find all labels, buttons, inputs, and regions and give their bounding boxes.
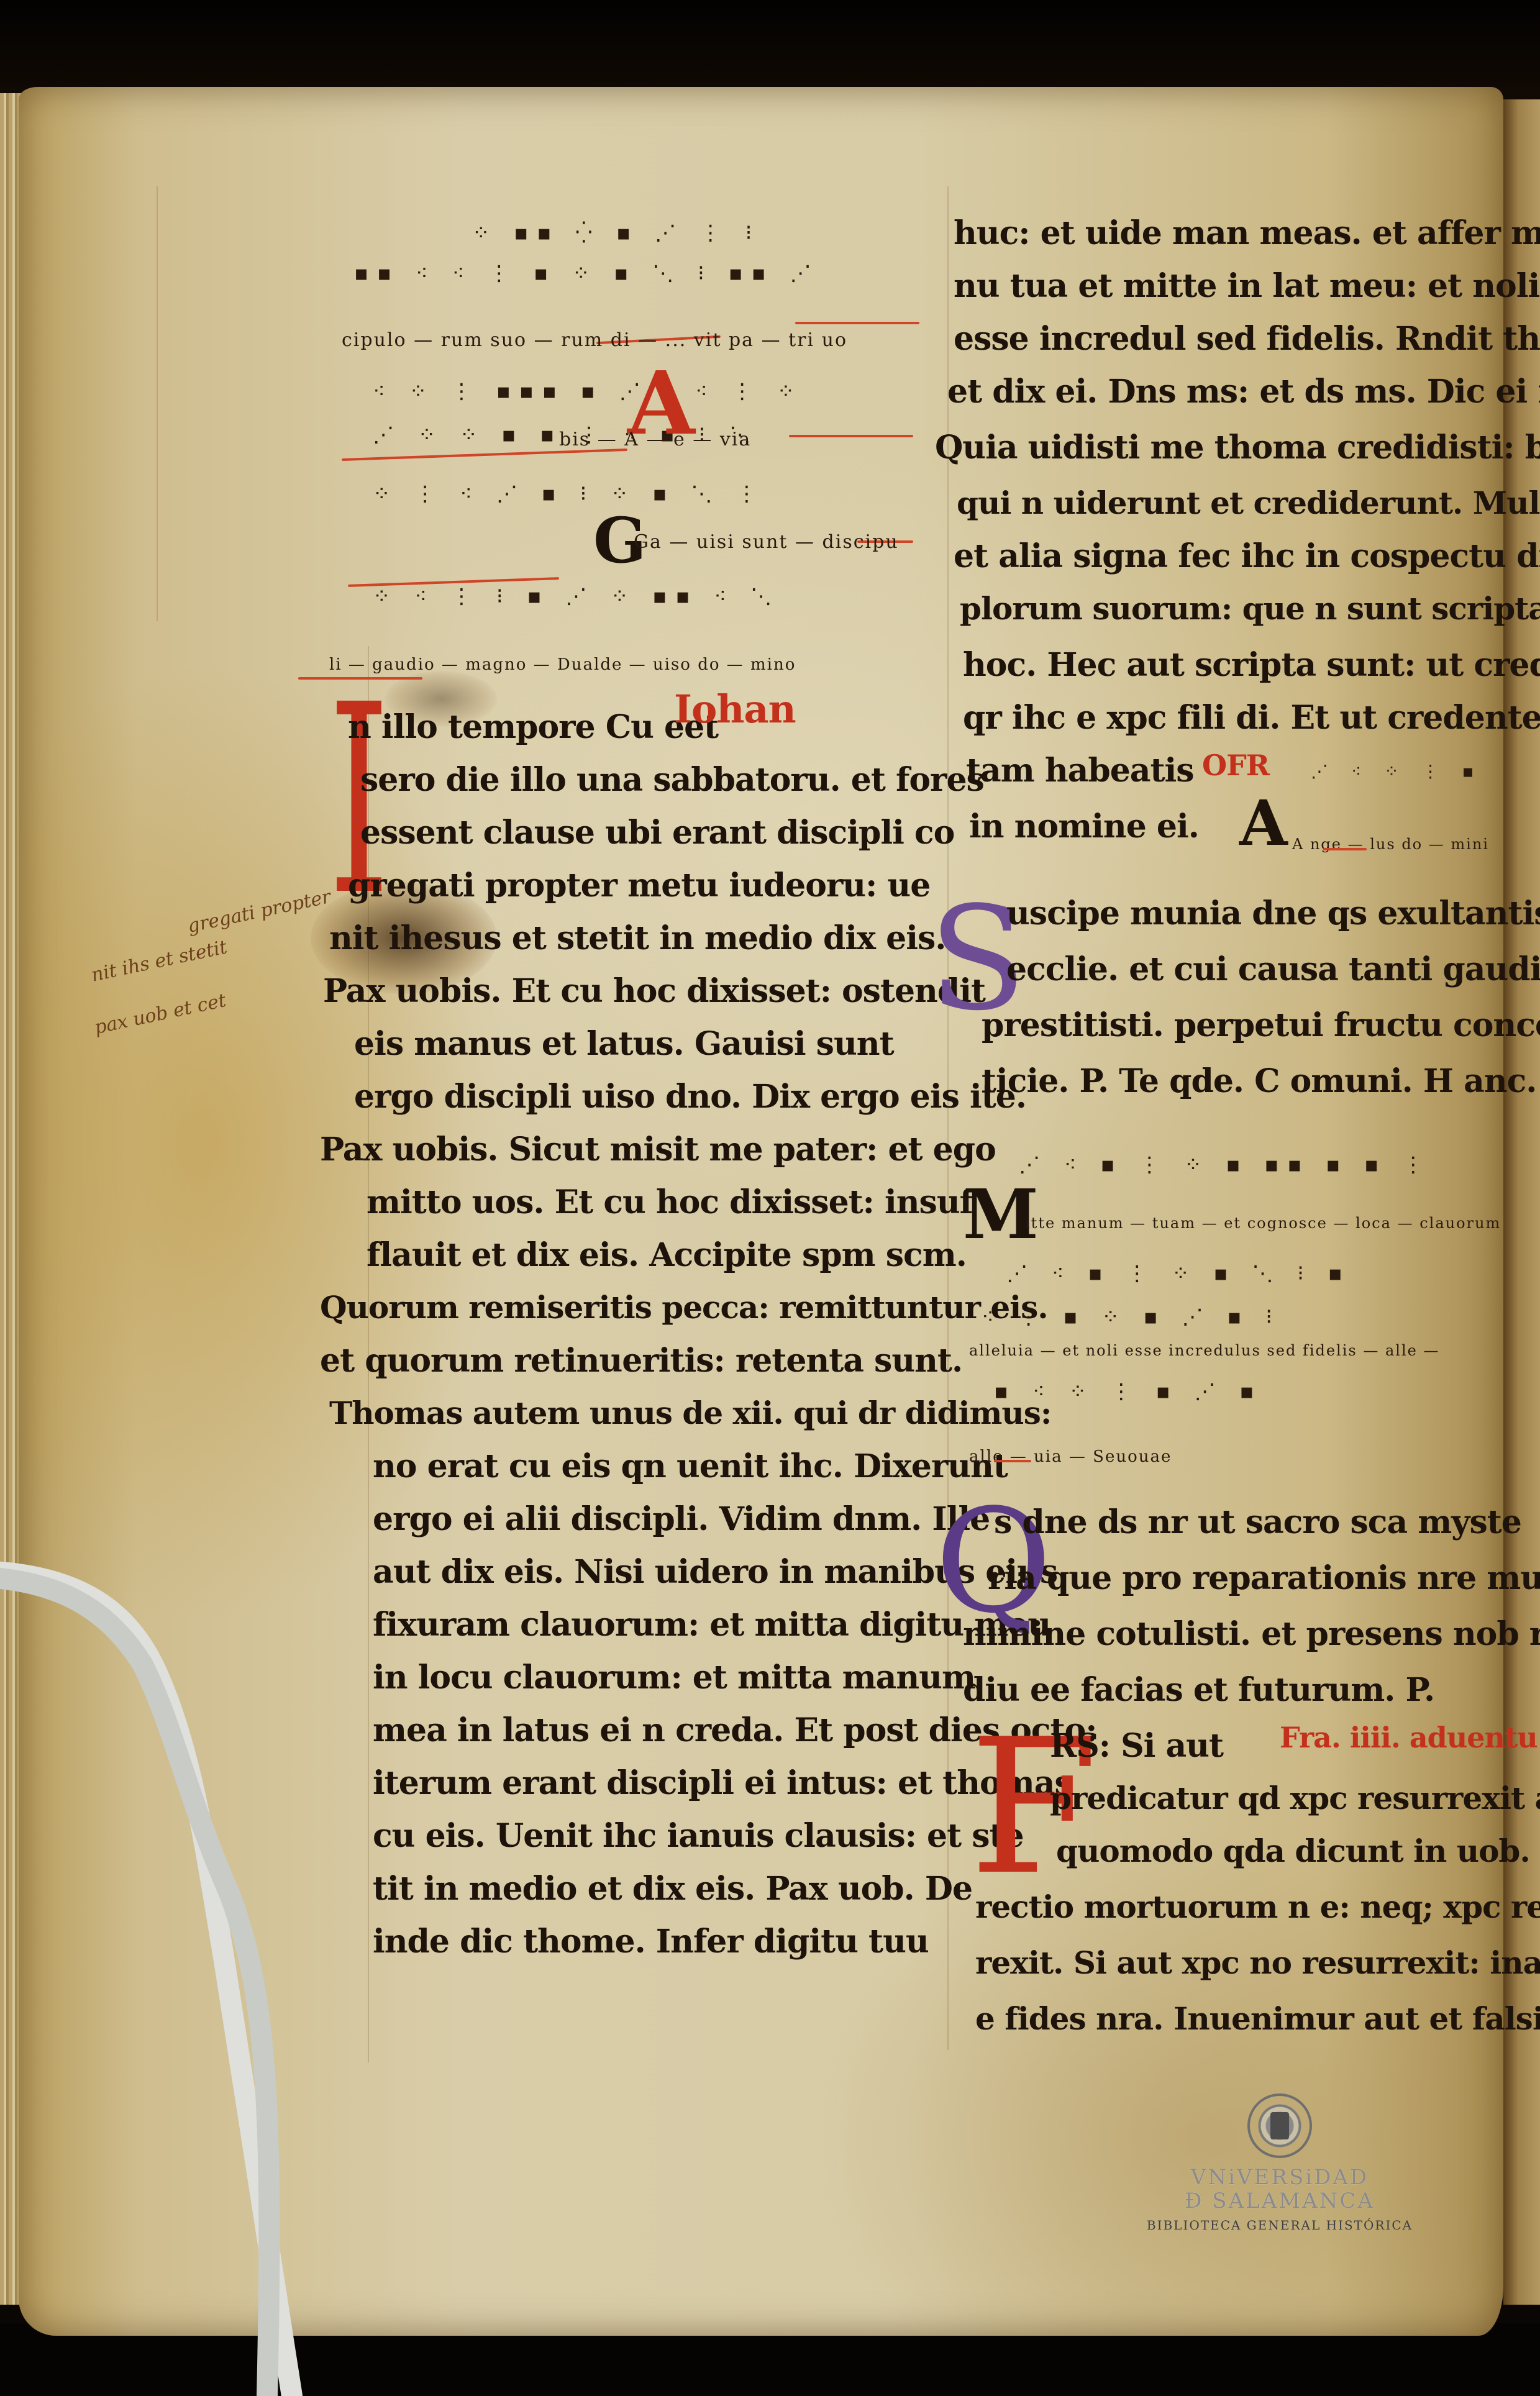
text-line: nit ihesus et stetit in medio dix eis. bbox=[329, 919, 945, 957]
text-line: flauit et dix eis. Accipite spm scm. bbox=[367, 1236, 967, 1274]
neumes: ⁖ ⁘ ⋮ ▪▪▪ ▪ ⋰ ⁝ ⁖ ⋮ ⁘ bbox=[373, 379, 803, 404]
neumes: ⁘ ⋮ ⁖ ⋰ ▪ ⁝ ⁘ ▪ ⋱ ⋮ bbox=[373, 481, 766, 506]
neumes: ▪ ⁖ ⁘ ⋮ ▪ ⋰ ▪ bbox=[994, 1379, 1262, 1404]
text-line: nu tua et mitte in lat meu: et noli bbox=[954, 267, 1539, 305]
text-line: ergo discipli uiso dno. Dix ergo eis ite… bbox=[354, 1078, 1026, 1116]
text-line-content: n illo tempore Cu eet bbox=[348, 708, 718, 746]
red-staff-line bbox=[789, 435, 913, 437]
text-line: quomodo qda dicunt in uob. qd resur bbox=[1056, 1833, 1540, 1869]
text-line: Pax uobis. Sicut misit me pater: et ego bbox=[320, 1131, 996, 1168]
text-line: ecclie. et cui causa tanti gaudii bbox=[1006, 950, 1540, 988]
initial-A: A bbox=[1239, 792, 1288, 854]
text-line: ticie. P. Te qde. C omuni. H anc. bbox=[982, 1062, 1536, 1100]
watermark-line1: VNiVERSiDAD bbox=[1143, 2166, 1416, 2189]
text-line: essent clause ubi erant discipli co bbox=[360, 814, 954, 852]
text-line: n illo tempore Cu eet bbox=[348, 708, 718, 746]
neumes: ⁘ ⁖ ⋮ ⁝ ▪ ⋰ ⁘ ▪▪ ⁖ ⋱ bbox=[373, 584, 780, 609]
text-line: RS: Si aut bbox=[1050, 1727, 1223, 1765]
red-staff-line bbox=[795, 322, 919, 324]
text-line: rexit. Si aut xpc no resurrexit: inanis bbox=[975, 1944, 1540, 1981]
watermark-line3: BIBLIOTECA GENERAL HISTÓRICA bbox=[1143, 2218, 1416, 2233]
chant-text-line: alle — uia — Seuouae bbox=[969, 1447, 1172, 1466]
neumes: ⋰ ⁖ ⁘ ⋮ ▪ bbox=[1311, 761, 1482, 781]
chant-text-line: itte manum — tuam — et cognosce — loca —… bbox=[1025, 1214, 1501, 1232]
rubric-epistle: Fra. iiii. aduentu bbox=[1280, 1721, 1538, 1754]
text-line: et alia signa fec ihc in cospectu disci bbox=[954, 537, 1540, 575]
text-line: gregati propter metu iudeoru: ue bbox=[348, 867, 930, 904]
text-line: no erat cu eis qn uenit ihc. Dixerunt bbox=[373, 1447, 1008, 1485]
text-line: e fides nra. Inuenimur aut et falsi te bbox=[975, 2000, 1540, 2037]
text-line: et quorum retinueritis: retenta sunt. bbox=[320, 1342, 962, 1380]
chant-text-line: A nge — lus do — mini bbox=[1292, 836, 1489, 853]
chant-text-line: li — gaudio — magno — Dualde — uiso do —… bbox=[329, 655, 796, 674]
rubric-offertory: OFR bbox=[1202, 749, 1269, 782]
text-line: rectio mortuorum n e: neq; xpc resur bbox=[975, 1888, 1540, 1925]
chant-text-line: bis — A — e — via bbox=[559, 429, 751, 450]
chant-text-line: Ga — uisi sunt — discipu bbox=[634, 531, 899, 553]
text-line: et dix ei. Dns ms: et ds ms. Dic ei ihc bbox=[947, 373, 1540, 411]
text-line: qui n uiderunt et crediderunt. Multa qui… bbox=[957, 485, 1540, 521]
text-line: eis manus et latus. Gauisi sunt bbox=[354, 1025, 894, 1063]
neumes: ⋰ ⁖ ▪ ⋮ ⁘ ▪ ⋱ ⁝ ▪ bbox=[1006, 1261, 1351, 1286]
text-line: huc: et uide man meas. et affer ma bbox=[954, 214, 1540, 252]
red-staff-line bbox=[994, 1460, 1031, 1462]
text-line: qr ihc e xpc fili di. Et ut credentes ui bbox=[963, 699, 1540, 737]
text-line: mitto uos. Et cu hoc dixisset: insuf bbox=[367, 1183, 973, 1221]
text-line: in nomine ei. bbox=[969, 808, 1199, 845]
text-line: predicatur qd xpc resurrexit a mortuis. bbox=[1050, 1780, 1540, 1816]
text-line: sero die illo una sabbatoru. et fores bbox=[360, 761, 984, 799]
text-line: prestitisti. perpetui fructu concede le bbox=[982, 1006, 1540, 1044]
text-line: Quorum remiseritis pecca: remittuntur ei… bbox=[320, 1289, 1048, 1326]
text-line: esse incredul sed fidelis. Rndit thoma bbox=[954, 320, 1540, 358]
text-line: uscipe munia dne qs exultantis bbox=[1006, 895, 1540, 932]
neumes: ⁖ ⋮ ▪ ⁘ ▪ ⋰ ▪ ⁝ bbox=[982, 1305, 1281, 1329]
neumes: ⁘ ▪▪ ⁛ ▪ ⋰ ⋮ ⁝ bbox=[472, 221, 760, 245]
text-line: Pax uobis. Et cu hoc dixisset: ostendit bbox=[323, 972, 985, 1010]
chant-text-line: alleluia — et noli esse incredulus sed f… bbox=[969, 1342, 1439, 1359]
university-seal-icon bbox=[1247, 2093, 1312, 2158]
watermark-line2: Ð SALAMANCA bbox=[1143, 2189, 1416, 2213]
margin-ruling bbox=[157, 186, 158, 621]
text-line: ria que pro reparationis nre mu bbox=[988, 1559, 1540, 1597]
text-line: Quia uidisti me thoma credidisti: bti bbox=[935, 429, 1540, 467]
neumes: ⋰ ⁖ ▪ ⋮ ⁘ ▪ ▪▪ ▪ ▪ ⋮ bbox=[1019, 1152, 1433, 1177]
rubric-iohan: Iohan bbox=[674, 686, 796, 732]
bookmark-cord-icon bbox=[0, 1522, 559, 2396]
text-line: Thomas autem unus de xii. qui dr didimus… bbox=[329, 1395, 1051, 1431]
text-line: tam habeatis bbox=[966, 752, 1194, 790]
text-line: hoc. Hec aut scripta sunt: ut credatis bbox=[963, 646, 1540, 684]
text-line: plorum suorum: que n sunt scripta in lib… bbox=[960, 590, 1540, 627]
neumes: ▪▪ ⁖ ⁖ ⋮ ▪ ⁘ ▪ ⋱ ⁝ ▪▪ ⋰ bbox=[354, 261, 819, 286]
library-watermark: VNiVERSiDAD Ð SALAMANCA BIBLIOTECA GENER… bbox=[1143, 2093, 1416, 2233]
chant-text-line: cipulo — rum suo — rum di — ... vit pa —… bbox=[342, 329, 847, 351]
red-staff-line bbox=[1323, 848, 1367, 850]
text-line: s dne ds nr ut sacro sca myste bbox=[994, 1503, 1521, 1541]
text-line: nimine cotulisti. et presens nob reme bbox=[963, 1615, 1540, 1653]
